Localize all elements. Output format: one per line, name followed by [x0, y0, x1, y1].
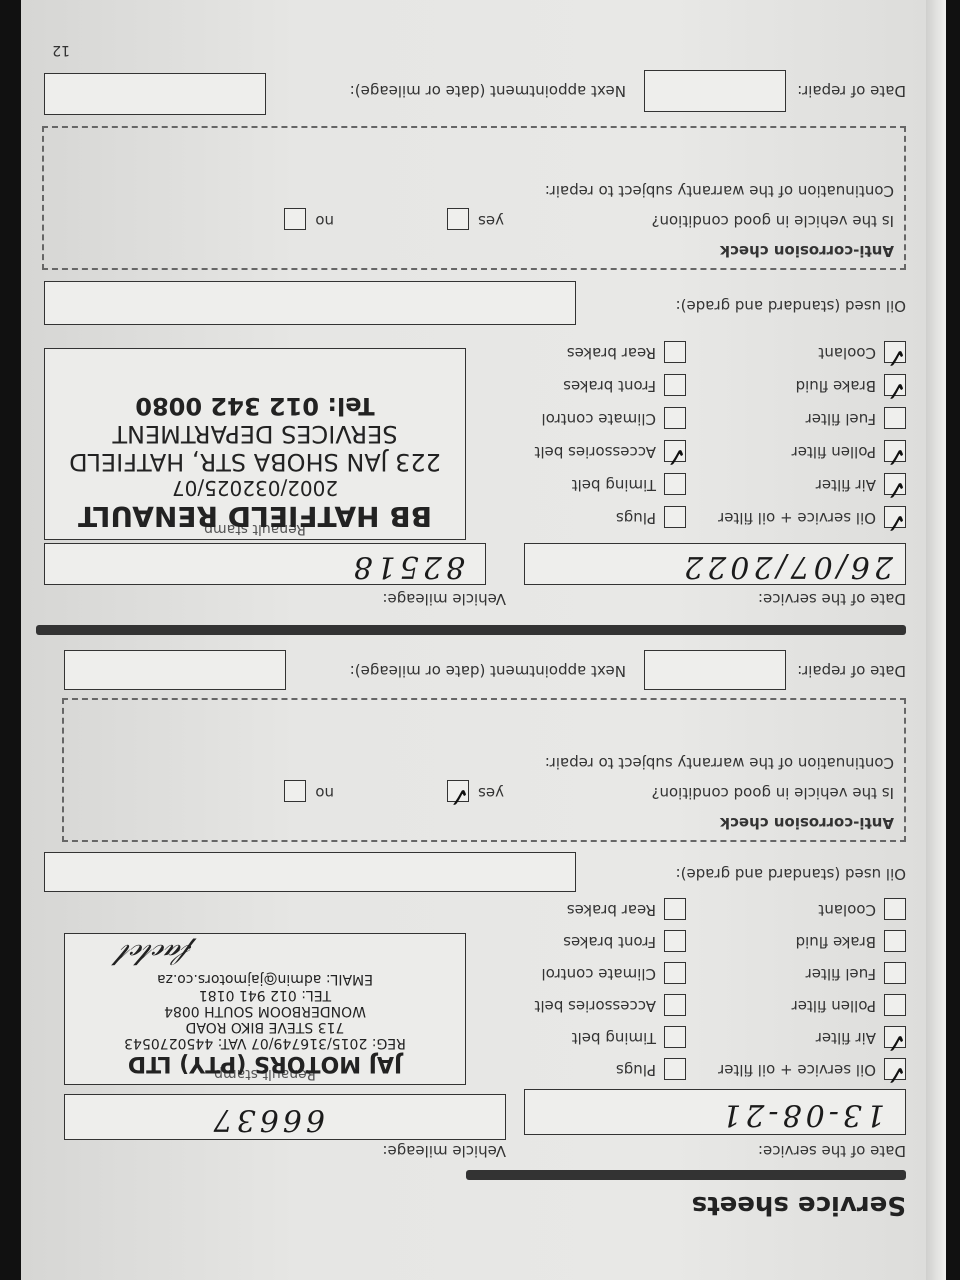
checklist-item-label: Accessories belt [535, 997, 656, 1015]
oil-used-label: Oil used (standard and grade): [676, 297, 906, 315]
next-appointment-label: Next appointment (date or mileage): [350, 82, 626, 100]
vehicle-mileage-field[interactable]: 66637 [64, 1094, 506, 1140]
stamp-line: WONDERBOOM SOUTH 0084 [65, 1003, 465, 1019]
checkbox-fuel-filter[interactable] [884, 407, 906, 429]
good-condition-question: Is the vehicle in good condition? [651, 784, 894, 802]
checkbox-plugs[interactable] [664, 1058, 686, 1080]
checkbox-air-filter[interactable] [884, 1026, 906, 1048]
no-label: no [315, 784, 334, 802]
checklist-item-label: Plugs [616, 1061, 656, 1079]
checklist-item-label: Timing belt [572, 476, 656, 494]
stamp-text: JAJ MOTORS (PTY) LTDREG: 2015/316749/07 … [65, 971, 465, 1076]
checkbox-air-filter[interactable] [884, 473, 906, 495]
yes-label: yes [478, 212, 504, 230]
checklist-item-label: Coolant [818, 344, 876, 362]
anti-corrosion-section: Anti-corrosion check Is the vehicle in g… [42, 126, 906, 270]
date-of-repair-label: Date of repair: [797, 82, 906, 100]
checklist-item-label: Climate control [542, 410, 657, 428]
checkbox-oil-service-oil-filter[interactable] [884, 506, 906, 528]
checkbox-coolant[interactable] [884, 341, 906, 363]
checklist-item-label: Brake fluid [796, 377, 876, 395]
date-of-service-field[interactable]: 13-08-21 [524, 1089, 906, 1135]
checkbox-brake-fluid[interactable] [884, 374, 906, 396]
vehicle-mileage-label: Vehicle mileage: [382, 590, 506, 608]
checklist-item-label: Fuel filter [806, 965, 876, 983]
checkbox-pollen-filter[interactable] [884, 994, 906, 1016]
yes-label: yes [478, 784, 504, 802]
vehicle-mileage-value: 66637 [210, 1102, 325, 1137]
checkbox-oil-service-oil-filter[interactable] [884, 1058, 906, 1080]
checklist-item-label: Plugs [616, 509, 656, 527]
signature: 𝒻𝒶𝒸𝓁𝒸𝓁 [121, 937, 195, 972]
checklist-item-label: Rear brakes [567, 344, 656, 362]
checkbox-climate-control[interactable] [664, 407, 686, 429]
stamp-line: 223 JAN SHOBA STR, HATFIELD [45, 448, 465, 476]
next-appointment-label: Next appointment (date or mileage): [350, 662, 626, 680]
page-title: Service sheets [692, 1190, 906, 1220]
stamp-line: JAJ MOTORS (PTY) LTD [65, 1051, 465, 1076]
stamp-text: BB HATFIELD RENAULT2002/032025/07223 JAN… [45, 392, 465, 533]
checklist-item-label: Oil service + oil filter [718, 509, 876, 527]
oil-used-field[interactable] [44, 281, 576, 325]
page-spine [926, 0, 946, 1280]
stamp-line: BB HATFIELD RENAULT [45, 500, 465, 533]
stamp-line: SERVICES DEPARTMENT [45, 420, 465, 448]
checkbox-fuel-filter[interactable] [884, 962, 906, 984]
checkbox-brake-fluid[interactable] [884, 930, 906, 952]
oil-used-field[interactable] [44, 852, 576, 892]
dealer-stamp: Renault stamp JAJ MOTORS (PTY) LTDREG: 2… [64, 933, 466, 1085]
stamp-line: TEL: 012 941 0181 [65, 987, 465, 1003]
stamp-line: REG: 2015/316749/07 VAT: 4450270543 [65, 1035, 465, 1051]
checklist-item-label: Pollen filter [792, 997, 876, 1015]
checklist-item-label: Climate control [542, 965, 657, 983]
checklist-item-label: Front brakes [563, 933, 656, 951]
checkbox-pollen-filter[interactable] [884, 440, 906, 462]
date-of-service-field[interactable]: 26/07/2022 [524, 543, 906, 585]
checklist-item-label: Air filter [816, 476, 876, 494]
checklist-item-label: Coolant [818, 901, 876, 919]
checklist-item-label: Rear brakes [567, 901, 656, 919]
checkbox-timing-belt[interactable] [664, 473, 686, 495]
checklist-item-label: Pollen filter [792, 443, 876, 461]
rotated-document: Service sheets Date of the service: Vehi… [0, 0, 960, 1280]
anti-corrosion-title: Anti-corrosion check [720, 242, 894, 260]
vehicle-mileage-field[interactable]: 82518 [44, 543, 486, 585]
checkbox-rear-brakes[interactable] [664, 341, 686, 363]
next-appointment-field[interactable] [64, 650, 286, 690]
section-divider [466, 1170, 906, 1180]
checklist-item-label: Fuel filter [806, 410, 876, 428]
date-of-repair-label: Date of repair: [797, 662, 906, 680]
vehicle-mileage-value: 82518 [350, 549, 465, 584]
good-condition-yes-checkbox[interactable] [447, 780, 469, 802]
no-label: no [315, 212, 334, 230]
checkbox-coolant[interactable] [884, 898, 906, 920]
good-condition-no-checkbox[interactable] [284, 208, 306, 230]
good-condition-yes-checkbox[interactable] [447, 208, 469, 230]
checklist-item-label: Oil service + oil filter [718, 1061, 876, 1079]
date-of-repair-field[interactable] [644, 70, 786, 112]
date-of-service-value: 13-08-21 [718, 1097, 885, 1132]
checklist-item-label: Air filter [816, 1029, 876, 1047]
checkbox-front-brakes[interactable] [664, 930, 686, 952]
warranty-continuation-label: Continuation of the warranty subject to … [545, 754, 894, 772]
good-condition-no-checkbox[interactable] [284, 780, 306, 802]
checklist-item-label: Brake fluid [796, 933, 876, 951]
checkbox-plugs[interactable] [664, 506, 686, 528]
sheet-divider [36, 625, 906, 635]
anti-corrosion-section: Anti-corrosion check Is the vehicle in g… [62, 698, 906, 842]
checkbox-accessories-belt[interactable] [664, 994, 686, 1016]
dealer-stamp: Renault stamp BB HATFIELD RENAULT2002/03… [44, 348, 466, 540]
checklist-item-label: Timing belt [572, 1029, 656, 1047]
checklist-item-label: Front brakes [563, 377, 656, 395]
booklet-page: Service sheets Date of the service: Vehi… [21, 0, 946, 1280]
stamp-line: Tel: 012 342 0080 [45, 392, 465, 420]
checkbox-rear-brakes[interactable] [664, 898, 686, 920]
date-of-service-label: Date of the service: [758, 1142, 906, 1160]
next-appointment-field[interactable] [44, 73, 266, 115]
good-condition-question: Is the vehicle in good condition? [651, 212, 894, 230]
vehicle-mileage-label: Vehicle mileage: [382, 1142, 506, 1160]
page-number: 12 [52, 42, 70, 58]
date-of-service-value: 26/07/2022 [680, 549, 893, 584]
checkbox-timing-belt[interactable] [664, 1026, 686, 1048]
checkbox-front-brakes[interactable] [664, 374, 686, 396]
checklist-item-label: Accessories belt [535, 443, 656, 461]
checkbox-accessories-belt[interactable] [664, 440, 686, 462]
date-of-service-label: Date of the service: [758, 590, 906, 608]
checkbox-climate-control[interactable] [664, 962, 686, 984]
warranty-continuation-label: Continuation of the warranty subject to … [545, 182, 894, 200]
stamp-line: 713 STEVE BIKO ROAD [65, 1019, 465, 1035]
stamp-line: 2002/032025/07 [45, 476, 465, 500]
stamp-line: EMAIL: admin@jajmotors.co.za [65, 971, 465, 987]
anti-corrosion-title: Anti-corrosion check [720, 814, 894, 832]
date-of-repair-field[interactable] [644, 650, 786, 690]
oil-used-label: Oil used (standard and grade): [676, 865, 906, 883]
